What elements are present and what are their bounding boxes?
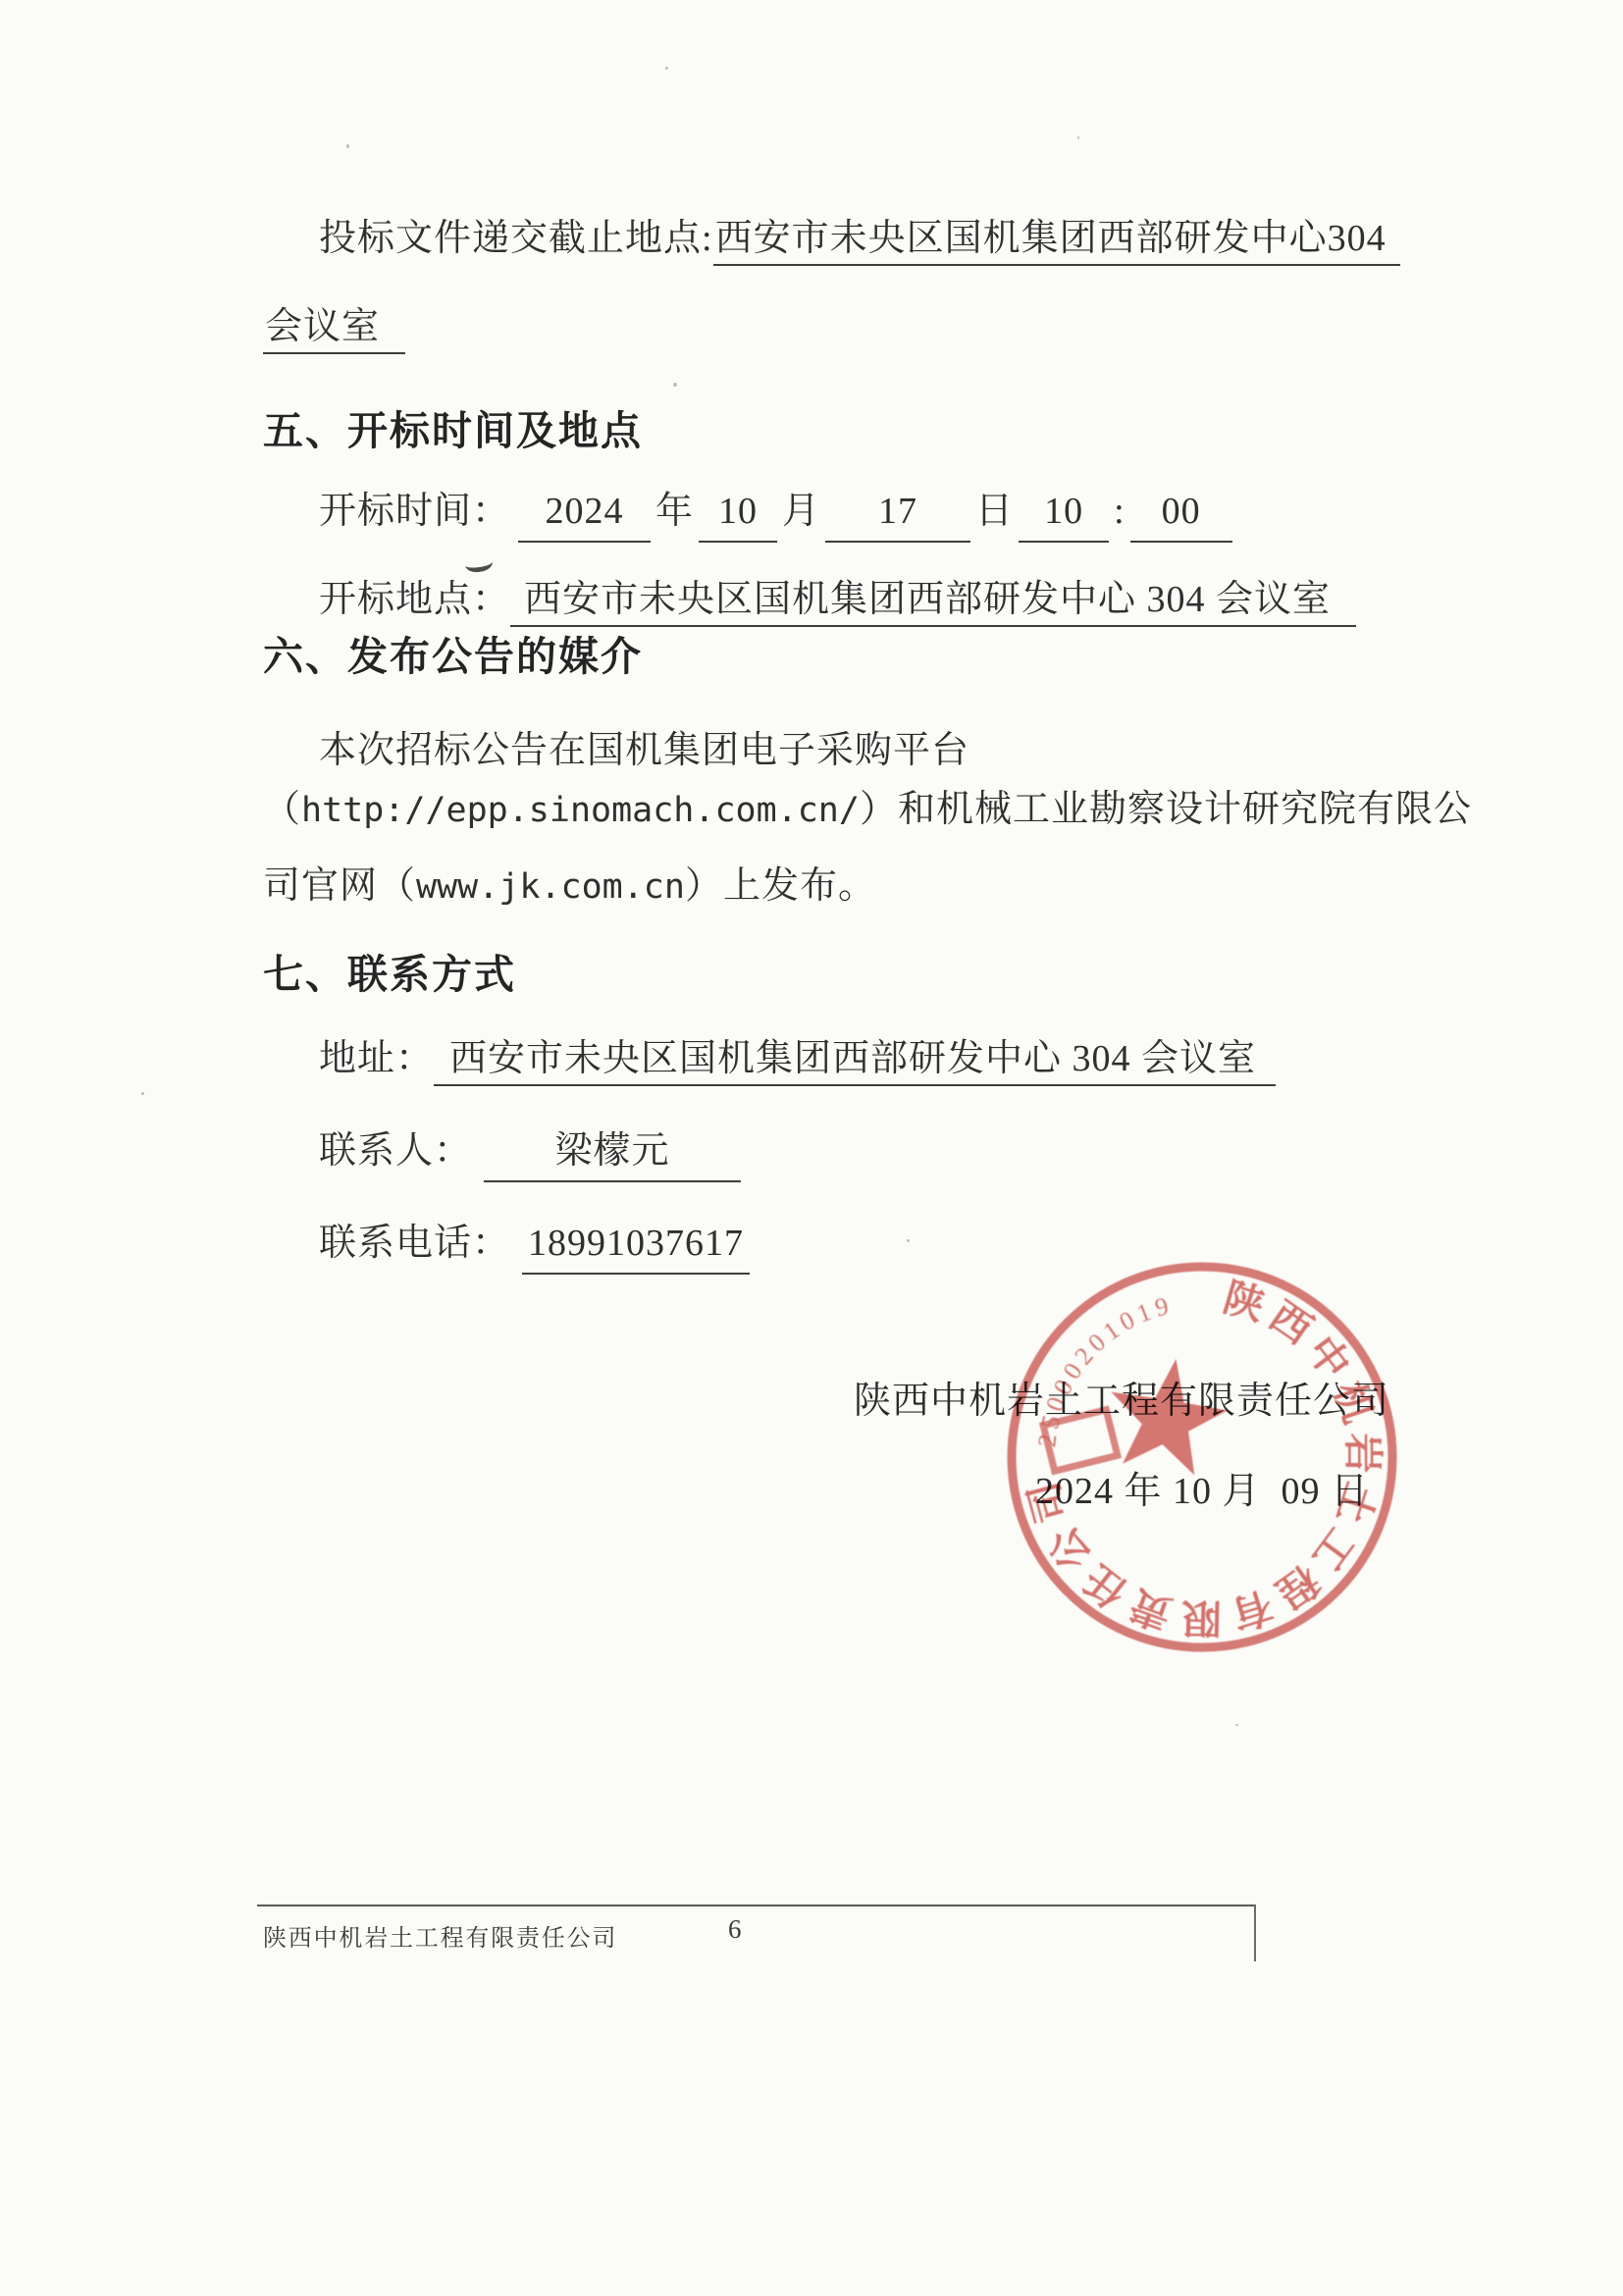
open-time-label: 开标时间：	[319, 491, 510, 532]
phone-value: 18991037617	[522, 1219, 750, 1275]
open-time-hour: 10	[1019, 487, 1109, 543]
open-time-minute: 00	[1130, 487, 1232, 543]
open-time-month: 10	[699, 487, 777, 543]
open-time-day-suffix: 日	[975, 491, 1014, 532]
contact-phone-line: 联系电话：18991037617	[319, 1219, 750, 1275]
open-time-colon: :	[1114, 491, 1126, 532]
footer-rule-tick	[1254, 1905, 1256, 1961]
phone-label: 联系电话：	[319, 1223, 510, 1264]
open-time-year: 2024	[518, 487, 651, 543]
contact-value: 梁檬元	[484, 1126, 741, 1182]
paren-open: （	[263, 789, 301, 830]
footer-rule	[257, 1905, 1256, 1906]
seal-company-arc: 陕西中机岩土工程有限责任公司	[1019, 1275, 1386, 1642]
scan-speck	[1235, 1724, 1238, 1726]
media-paragraph-line1: 本次招标公告在国机集团电子采购平台	[319, 726, 969, 775]
procurement-platform-url: http://epp.sinomach.com.cn/	[301, 791, 860, 830]
scan-ink-mark	[464, 553, 494, 574]
media-paragraph-line3: 司官网（www.jk.com.cn）上发布。	[263, 861, 876, 912]
scan-speck	[1077, 136, 1079, 139]
company-website-url: www.jk.com.cn	[416, 867, 685, 907]
media-line3-pre: 司官网（	[263, 865, 416, 907]
bid-opening-place-line: 开标地点：西安市未央区国机集团西部研发中心 304 会议室	[319, 575, 1356, 624]
open-place-label: 开标地点：	[319, 579, 510, 620]
deadline-value-line1: 西安市未央区国机集团西部研发中心304	[713, 218, 1400, 266]
contact-person-line: 联系人：梁檬元	[319, 1126, 741, 1182]
bid-opening-time-line: 开标时间：2024年10月17日10:00	[319, 487, 1232, 543]
media-line3-rest: ）上发布。	[685, 865, 876, 907]
scan-speck	[141, 1092, 144, 1095]
open-time-year-suffix: 年	[655, 491, 694, 532]
media-line2-rest: ）和机械工业勘察设计研究院有限公	[860, 789, 1472, 830]
footer-page-number: 6	[728, 1914, 742, 1945]
section7-heading: 七、联系方式	[263, 950, 516, 999]
section6-heading: 六、发布公告的媒介	[263, 632, 643, 681]
signature-company: 陕西中机岩土工程有限责任公司	[854, 1370, 1389, 1424]
deadline-place-line2: 会议室	[263, 302, 405, 351]
open-time-month-suffix: 月	[782, 491, 820, 532]
address-label: 地址：	[319, 1038, 434, 1079]
address-line: 地址：西安市未央区国机集团西部研发中心 304 会议室	[319, 1034, 1276, 1083]
address-value: 西安市未央区国机集团西部研发中心 304 会议室	[434, 1038, 1276, 1086]
signature-date: 2024 年 10 月 09 日	[1035, 1460, 1369, 1514]
scanned-tender-notice-page: { "document": { "para_deadline": { "labe…	[0, 0, 1623, 2296]
deadline-place-line1: 投标文件递交截止地点:西安市未央区国机集团西部研发中心304	[319, 214, 1400, 263]
deadline-value-line2: 会议室	[263, 306, 405, 354]
open-time-day: 17	[825, 487, 970, 543]
scan-speck	[907, 1239, 910, 1242]
deadline-label: 投标文件递交截止地点:	[319, 218, 713, 259]
seal-ring	[1012, 1267, 1392, 1647]
scan-speck	[346, 144, 349, 148]
section5-heading: 五、开标时间及地点	[263, 406, 643, 455]
scan-speck	[665, 67, 668, 70]
official-company-seal: 25000201019 陕西中机岩土工程有限责任公司	[997, 1252, 1407, 1662]
media-paragraph-line2: （http://epp.sinomach.com.cn/）和机械工业勘察设计研究…	[263, 785, 1472, 835]
contact-label: 联系人：	[319, 1130, 472, 1172]
open-place-value: 西安市未央区国机集团西部研发中心 304 会议室	[510, 579, 1356, 627]
scan-speck	[673, 383, 677, 387]
footer-company: 陕西中机岩土工程有限责任公司	[263, 1918, 617, 1953]
